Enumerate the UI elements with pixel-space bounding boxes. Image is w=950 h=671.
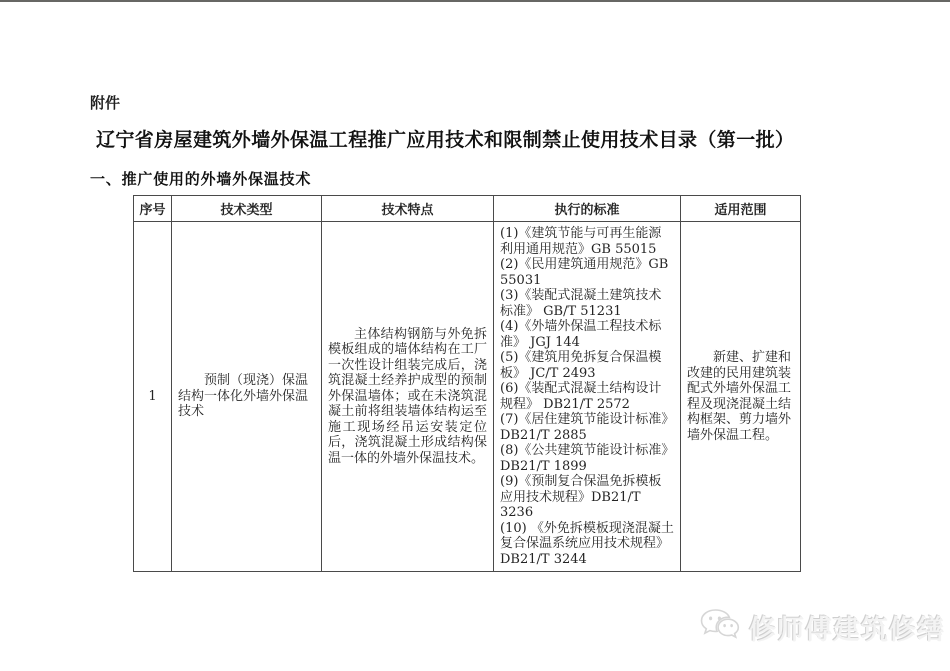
tech-catalog-table: 序号 技术类型 技术特点 执行的标准 适用范围 1 预制（现浇）保温结构一体化外… [133, 195, 801, 572]
cell-seq: 1 [134, 222, 172, 572]
attachment-label: 附件 [90, 92, 120, 113]
scope-text: 新建、扩建和改建的民用建筑装配式外墙外保温工程及现浇混凝土结构框架、剪力墙外墙外… [687, 350, 794, 443]
standard-item: (5)《建筑用免拆复合保温模板》 JC/T 2493 [500, 350, 674, 381]
standard-item: (6)《装配式混凝土结构设计规程》 DB21/T 2572 [500, 381, 674, 412]
top-divider [0, 0, 950, 2]
standard-item: (3)《装配式混凝土建筑技术标准》 GB/T 51231 [500, 288, 674, 319]
col-header-scope: 适用范围 [681, 196, 801, 222]
table-header-row: 序号 技术类型 技术特点 执行的标准 适用范围 [134, 196, 801, 222]
standard-item: (2)《民用建筑通用规范》GB 55031 [500, 257, 674, 288]
table-row: 1 预制（现浇）保温结构一体化外墙外保温技术 主体结构钢筋与外免拆模板组成的墙体… [134, 222, 801, 572]
wechat-chat-bubbles-icon [698, 606, 742, 648]
cell-features: 主体结构钢筋与外免拆模板组成的墙体结构在工厂一次性设计组装完成后，浇筑混凝土经养… [322, 222, 494, 572]
standard-item: (1)《建筑节能与可再生能源利用通用规范》GB 55015 [500, 226, 674, 257]
col-header-standards: 执行的标准 [494, 196, 681, 222]
col-header-seq: 序号 [134, 196, 172, 222]
features-text: 主体结构钢筋与外免拆模板组成的墙体结构在工厂一次性设计组装完成后，浇筑混凝土经养… [328, 327, 487, 467]
standard-item: (10) 《外免拆模板现浇混凝土复合保温系统应用技术规程》DB21/T 3244 [500, 521, 674, 568]
section-heading: 一、推广使用的外墙外保温技术 [90, 168, 311, 189]
cell-standards: (1)《建筑节能与可再生能源利用通用规范》GB 55015 (2)《民用建筑通用… [494, 222, 681, 572]
standard-item: (4)《外墙外保温工程技术标准》 JGJ 144 [500, 319, 674, 350]
tech-type-text: 预制（现浇）保温结构一体化外墙外保温技术 [178, 373, 315, 420]
watermark: 修师傅建筑修缮 [698, 600, 934, 654]
cell-scope: 新建、扩建和改建的民用建筑装配式外墙外保温工程及现浇混凝土结构框架、剪力墙外墙外… [681, 222, 801, 572]
standard-item: (8)《公共建筑节能设计标准》DB21/T 1899 [500, 443, 674, 474]
col-header-tech-type: 技术类型 [172, 196, 322, 222]
document-title: 辽宁省房屋建筑外墙外保温工程推广应用技术和限制禁止使用技术目录（第一批） [96, 125, 794, 152]
standard-item: (7)《居住建筑节能设计标准》DB21/T 2885 [500, 412, 674, 443]
cell-tech-type: 预制（现浇）保温结构一体化外墙外保温技术 [172, 222, 322, 572]
col-header-features: 技术特点 [322, 196, 494, 222]
watermark-text: 修师傅建筑修缮 [749, 608, 945, 647]
standard-item: (9)《预制复合保温免拆模板应用技术规程》DB21/T 3236 [500, 474, 674, 521]
